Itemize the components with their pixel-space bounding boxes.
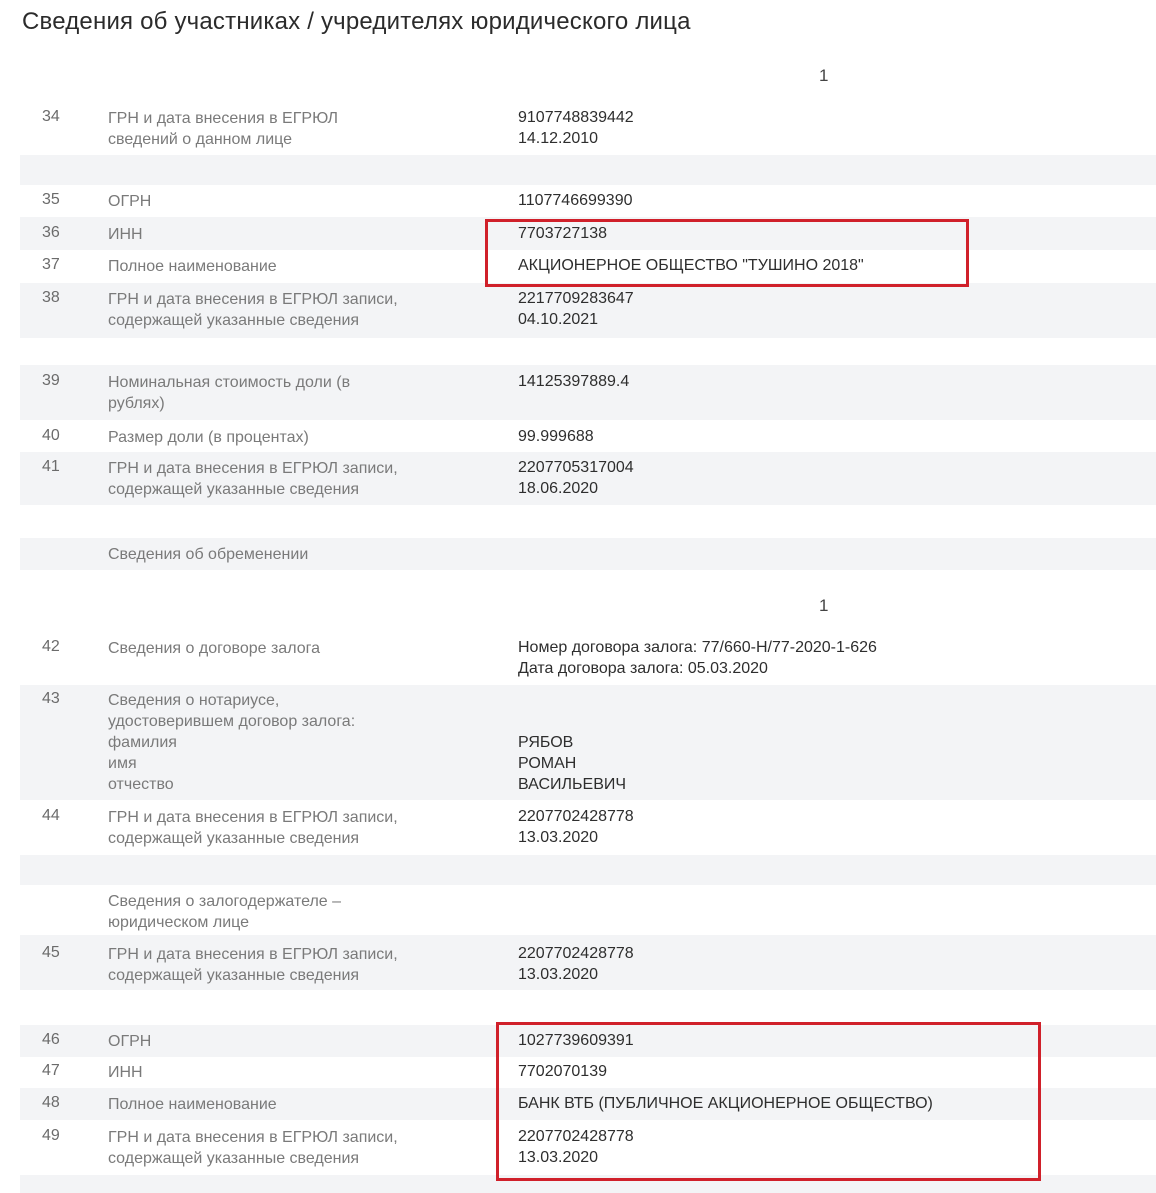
row-number: 46 (42, 1031, 60, 1049)
row-label: Полное наименование (108, 256, 478, 277)
section-index: 1 (819, 596, 828, 616)
row-number: 38 (42, 289, 60, 307)
row-band (20, 155, 1156, 185)
row-number: 41 (42, 458, 60, 476)
row-number: 40 (42, 427, 60, 445)
row-label: Сведения о нотариусе, удостоверившем дог… (108, 690, 478, 795)
page-title: Сведения об участниках / учредителях юри… (22, 8, 691, 36)
row-number: 48 (42, 1094, 60, 1112)
highlight-box-vtb (496, 1022, 1041, 1181)
row-label: ИНН (108, 224, 478, 245)
row-label: ОГРН (108, 191, 478, 212)
subsection-encumbrance: Сведения об обременении (108, 544, 478, 565)
row-number: 49 (42, 1127, 60, 1145)
row-label: ГРН и дата внесения в ЕГРЮЛ записи, соде… (108, 807, 478, 849)
row-number: 47 (42, 1062, 60, 1080)
row-number: 45 (42, 944, 60, 962)
row-number: 37 (42, 256, 60, 274)
row-number: 36 (42, 224, 60, 242)
row-value: 2207702428778 13.03.2020 (518, 806, 634, 848)
row-label: ГРН и дата внесения в ЕГРЮЛ сведений о д… (108, 108, 478, 150)
row-label: ГРН и дата внесения в ЕГРЮЛ записи, соде… (108, 289, 478, 331)
row-number: 43 (42, 690, 60, 708)
row-value: 2207705317004 18.06.2020 (518, 457, 634, 499)
row-value: РЯБОВ РОМАН ВАСИЛЬЕВИЧ (518, 732, 626, 795)
row-label: Размер доли (в процентах) (108, 427, 478, 448)
row-label: ГРН и дата внесения в ЕГРЮЛ записи, соде… (108, 1127, 478, 1169)
row-label: ОГРН (108, 1031, 478, 1052)
row-label: ГРН и дата внесения в ЕГРЮЛ записи, соде… (108, 944, 478, 986)
row-value: 14125397889.4 (518, 371, 629, 392)
highlight-box-tushino (485, 219, 969, 287)
row-value: 2217709283647 04.10.2021 (518, 288, 634, 330)
row-label: Полное наименование (108, 1094, 478, 1115)
row-number: 34 (42, 108, 60, 126)
section-index: 1 (819, 66, 828, 86)
row-number: 39 (42, 372, 60, 390)
subsection-pledgee: Сведения о залогодержателе – юридическом… (108, 891, 478, 933)
row-value: 1107746699390 (518, 190, 633, 211)
row-number: 42 (42, 638, 60, 656)
row-label: Номинальная стоимость доли (в рублях) (108, 372, 478, 414)
row-number: 44 (42, 807, 60, 825)
row-value: Номер договора залога: 77/660-Н/77-2020-… (518, 637, 877, 679)
row-band (20, 855, 1156, 885)
row-label: ИНН (108, 1062, 478, 1083)
row-value: 99.999688 (518, 426, 594, 447)
row-number: 35 (42, 191, 60, 209)
row-value: 2207702428778 13.03.2020 (518, 943, 634, 985)
row-label: Сведения о договоре залога (108, 638, 478, 659)
row-label: ГРН и дата внесения в ЕГРЮЛ записи, соде… (108, 458, 478, 500)
row-value: 9107748839442 14.12.2010 (518, 107, 634, 149)
